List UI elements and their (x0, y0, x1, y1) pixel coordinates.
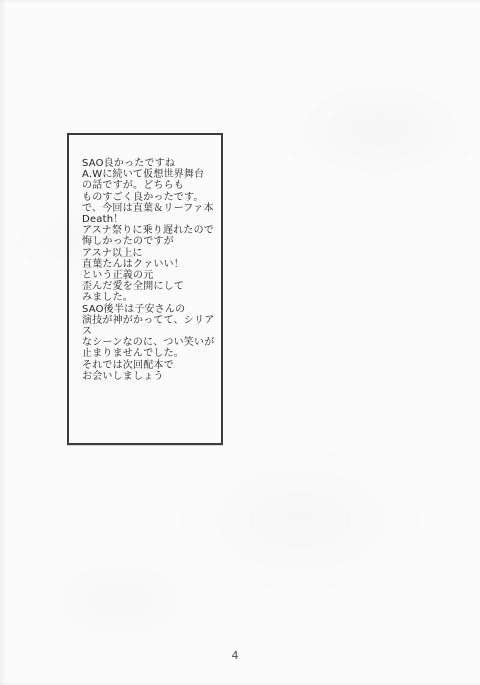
afterword-paragraph: アスナ以上に 直葉たんはクァいい！ という正義の元 歪んだ愛を全開にして みまし… (82, 248, 215, 304)
afterword-box: SAO良かったですね A.Wに続いて仮想世界舞台 の話ですが。どちらも ものすご… (67, 133, 223, 445)
afterword-paragraph: それでは次回配本で お会いしましょう (82, 360, 215, 382)
afterword-paragraph: SAO後半は子安さんの 演技が神がかってて、シリアス なシーンなのに、つい笑いが… (82, 304, 215, 360)
afterword-paragraph: SAO良かったですね A.Wに続いて仮想世界舞台 の話ですが。どちらも ものすご… (82, 158, 215, 248)
page-number: 4 (225, 649, 245, 662)
